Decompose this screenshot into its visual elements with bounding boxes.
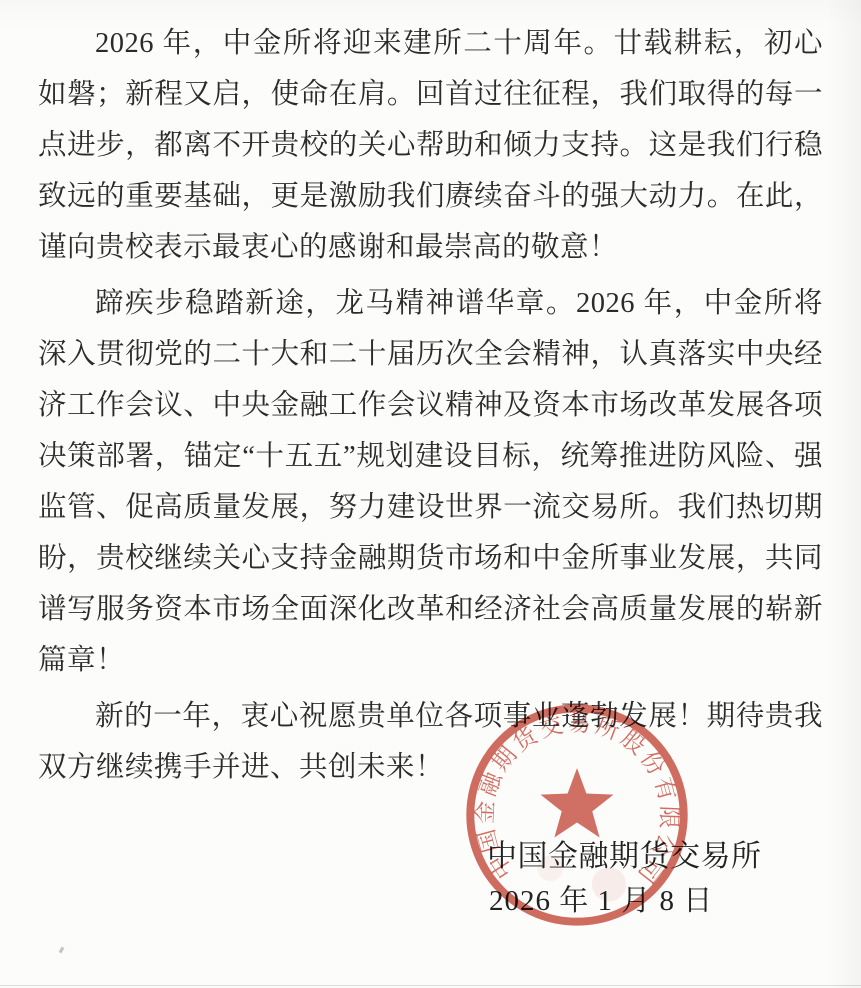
letter-body: 2026 年，中金所将迎来建所二十周年。廿载耕耘，初心如磐；新程又启，使命在肩。… (38, 18, 823, 793)
scanned-letter-page: 2026 年，中金所将迎来建所二十周年。廿载耕耘，初心如磐；新程又启，使命在肩。… (0, 0, 861, 988)
page-edge-line (0, 985, 861, 986)
scan-artifact (59, 947, 65, 954)
letter-paragraph-2: 蹄疾步稳踏新途，龙马精神谱华章。2026 年，中金所将深入贯彻党的二十大和二十届… (38, 278, 823, 686)
signature-organization: 中国金融期货交易所 (487, 831, 762, 875)
letter-paragraph-3: 新的一年，衷心祝愿贵单位各项事业蓬勃发展！期待贵我双方继续携手并进、共创未来！ (38, 691, 823, 793)
letter-paragraph-1: 2026 年，中金所将迎来建所二十周年。廿载耕耘，初心如磐；新程又启，使命在肩。… (38, 18, 823, 273)
letter-date: 2026 年 1 月 8 日 (489, 878, 713, 919)
